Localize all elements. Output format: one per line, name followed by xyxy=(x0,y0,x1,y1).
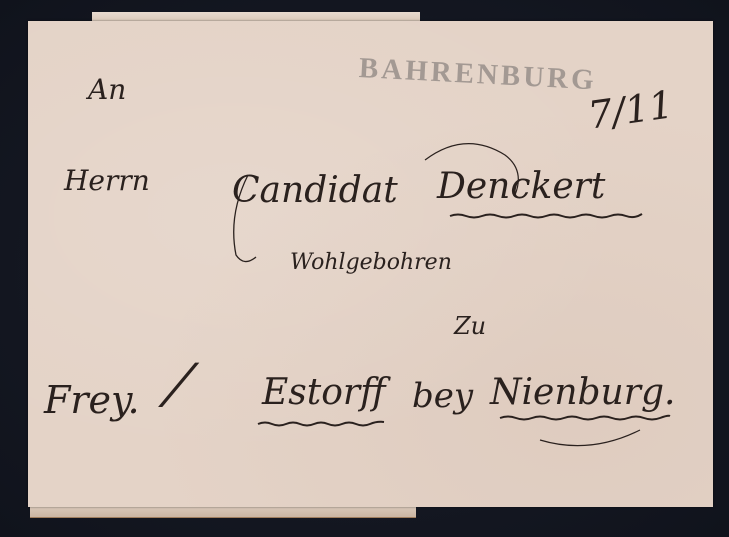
honorific-text: Herrn xyxy=(64,164,150,197)
destination-city: Nienburg. xyxy=(490,372,675,413)
destination-town: Estorff xyxy=(262,372,386,413)
salutation-text: An xyxy=(88,73,126,106)
bey-text: bey xyxy=(412,376,473,416)
preposition-text: Zu xyxy=(454,312,486,340)
title-text: Candidat xyxy=(232,170,398,211)
free-marking: Frey. xyxy=(44,378,140,422)
recipient-name: Denckert xyxy=(437,166,605,207)
honorific-suffix: Wohlgebohren xyxy=(290,250,452,275)
